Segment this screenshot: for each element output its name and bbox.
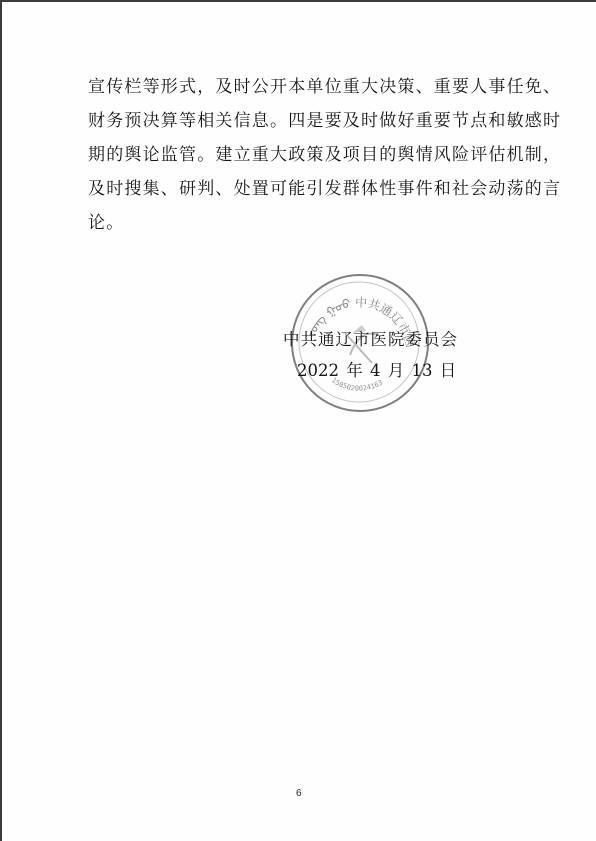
body-line-3: 期的舆论监管。建立重大政策及项目的舆情风险评估机制，: [88, 143, 508, 177]
signature-date: 2022 年 4 月 13 日: [297, 357, 456, 381]
body-line-5: 论。: [88, 211, 508, 245]
page-number: 6: [296, 788, 302, 799]
body-paragraph: 宣传栏等形式，及时公开本单位重大决策、重要人事任免、 财务预决算等相关信息。四是…: [88, 75, 508, 245]
signature-organization: 中共通辽市医院委员会: [283, 326, 458, 350]
body-line-4: 及时搜集、研判、处置可能引发群体性事件和社会动荡的言: [88, 177, 508, 211]
body-line-2: 财务预决算等相关信息。四是要及时做好重要节点和敏感时: [88, 109, 508, 143]
document-page: 宣传栏等形式，及时公开本单位重大决策、重要人事任免、 财务预决算等相关信息。四是…: [0, 0, 596, 841]
body-line-1: 宣传栏等形式，及时公开本单位重大决策、重要人事任免、: [88, 75, 508, 109]
